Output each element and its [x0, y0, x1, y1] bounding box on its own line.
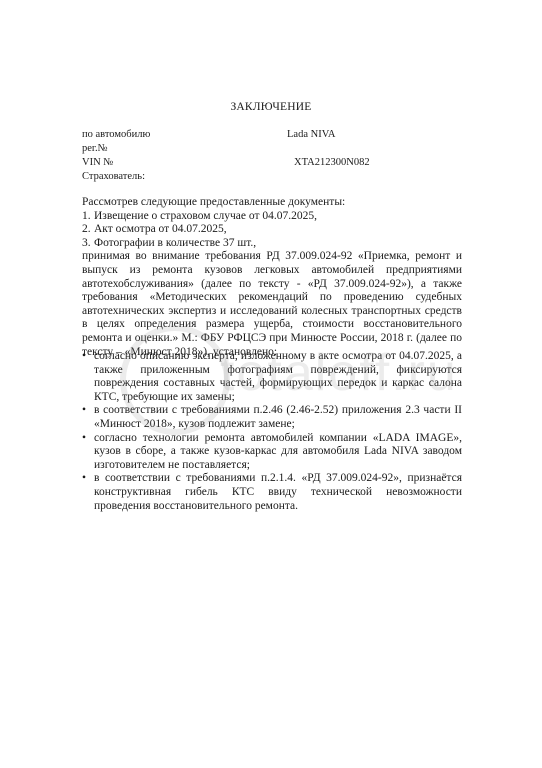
list-item: 3.Фотографии в количестве 37 шт.,	[82, 237, 462, 251]
document-page: ЗАКЛЮЧЕНИЕ по автомобилю Lada NIVA рег.№…	[0, 0, 542, 768]
field-label-vin: VIN №	[82, 156, 113, 170]
field-value-vin: XTA212300N082	[294, 156, 370, 170]
list-item: •согласно описанию эксперта, изложенному…	[82, 350, 462, 404]
document-title: ЗАКЛЮЧЕНИЕ	[0, 101, 542, 113]
field-label-insured: Страхователь:	[82, 170, 145, 184]
bullet-icon: •	[82, 432, 86, 446]
intro-text: Рассмотрев следующие предоставленные док…	[82, 196, 462, 210]
list-item: 1.Извещение о страховом случае от 04.07.…	[82, 210, 462, 224]
list-item: •в соответствии с требованиями п.2.1.4. …	[82, 472, 462, 513]
main-paragraph: принимая во внимание требования РД 37.00…	[82, 250, 462, 359]
findings-list: •согласно описанию эксперта, изложенному…	[82, 350, 462, 513]
bullet-icon: •	[82, 472, 86, 486]
field-value-car: Lada NIVA	[287, 128, 336, 142]
bullet-icon: •	[82, 404, 86, 418]
field-label-car: по автомобилю	[82, 128, 150, 142]
bullet-icon: •	[82, 350, 86, 364]
field-label-reg: рег.№	[82, 142, 108, 156]
list-item: •в соответствии с требованиями п.2.46 (2…	[82, 404, 462, 431]
list-item: •согласно технологии ремонта автомобилей…	[82, 432, 462, 473]
document-body: Рассмотрев следующие предоставленные док…	[82, 196, 462, 359]
list-item: 2.Акт осмотра от 04.07.2025,	[82, 223, 462, 237]
documents-list: 1.Извещение о страховом случае от 04.07.…	[82, 210, 462, 251]
